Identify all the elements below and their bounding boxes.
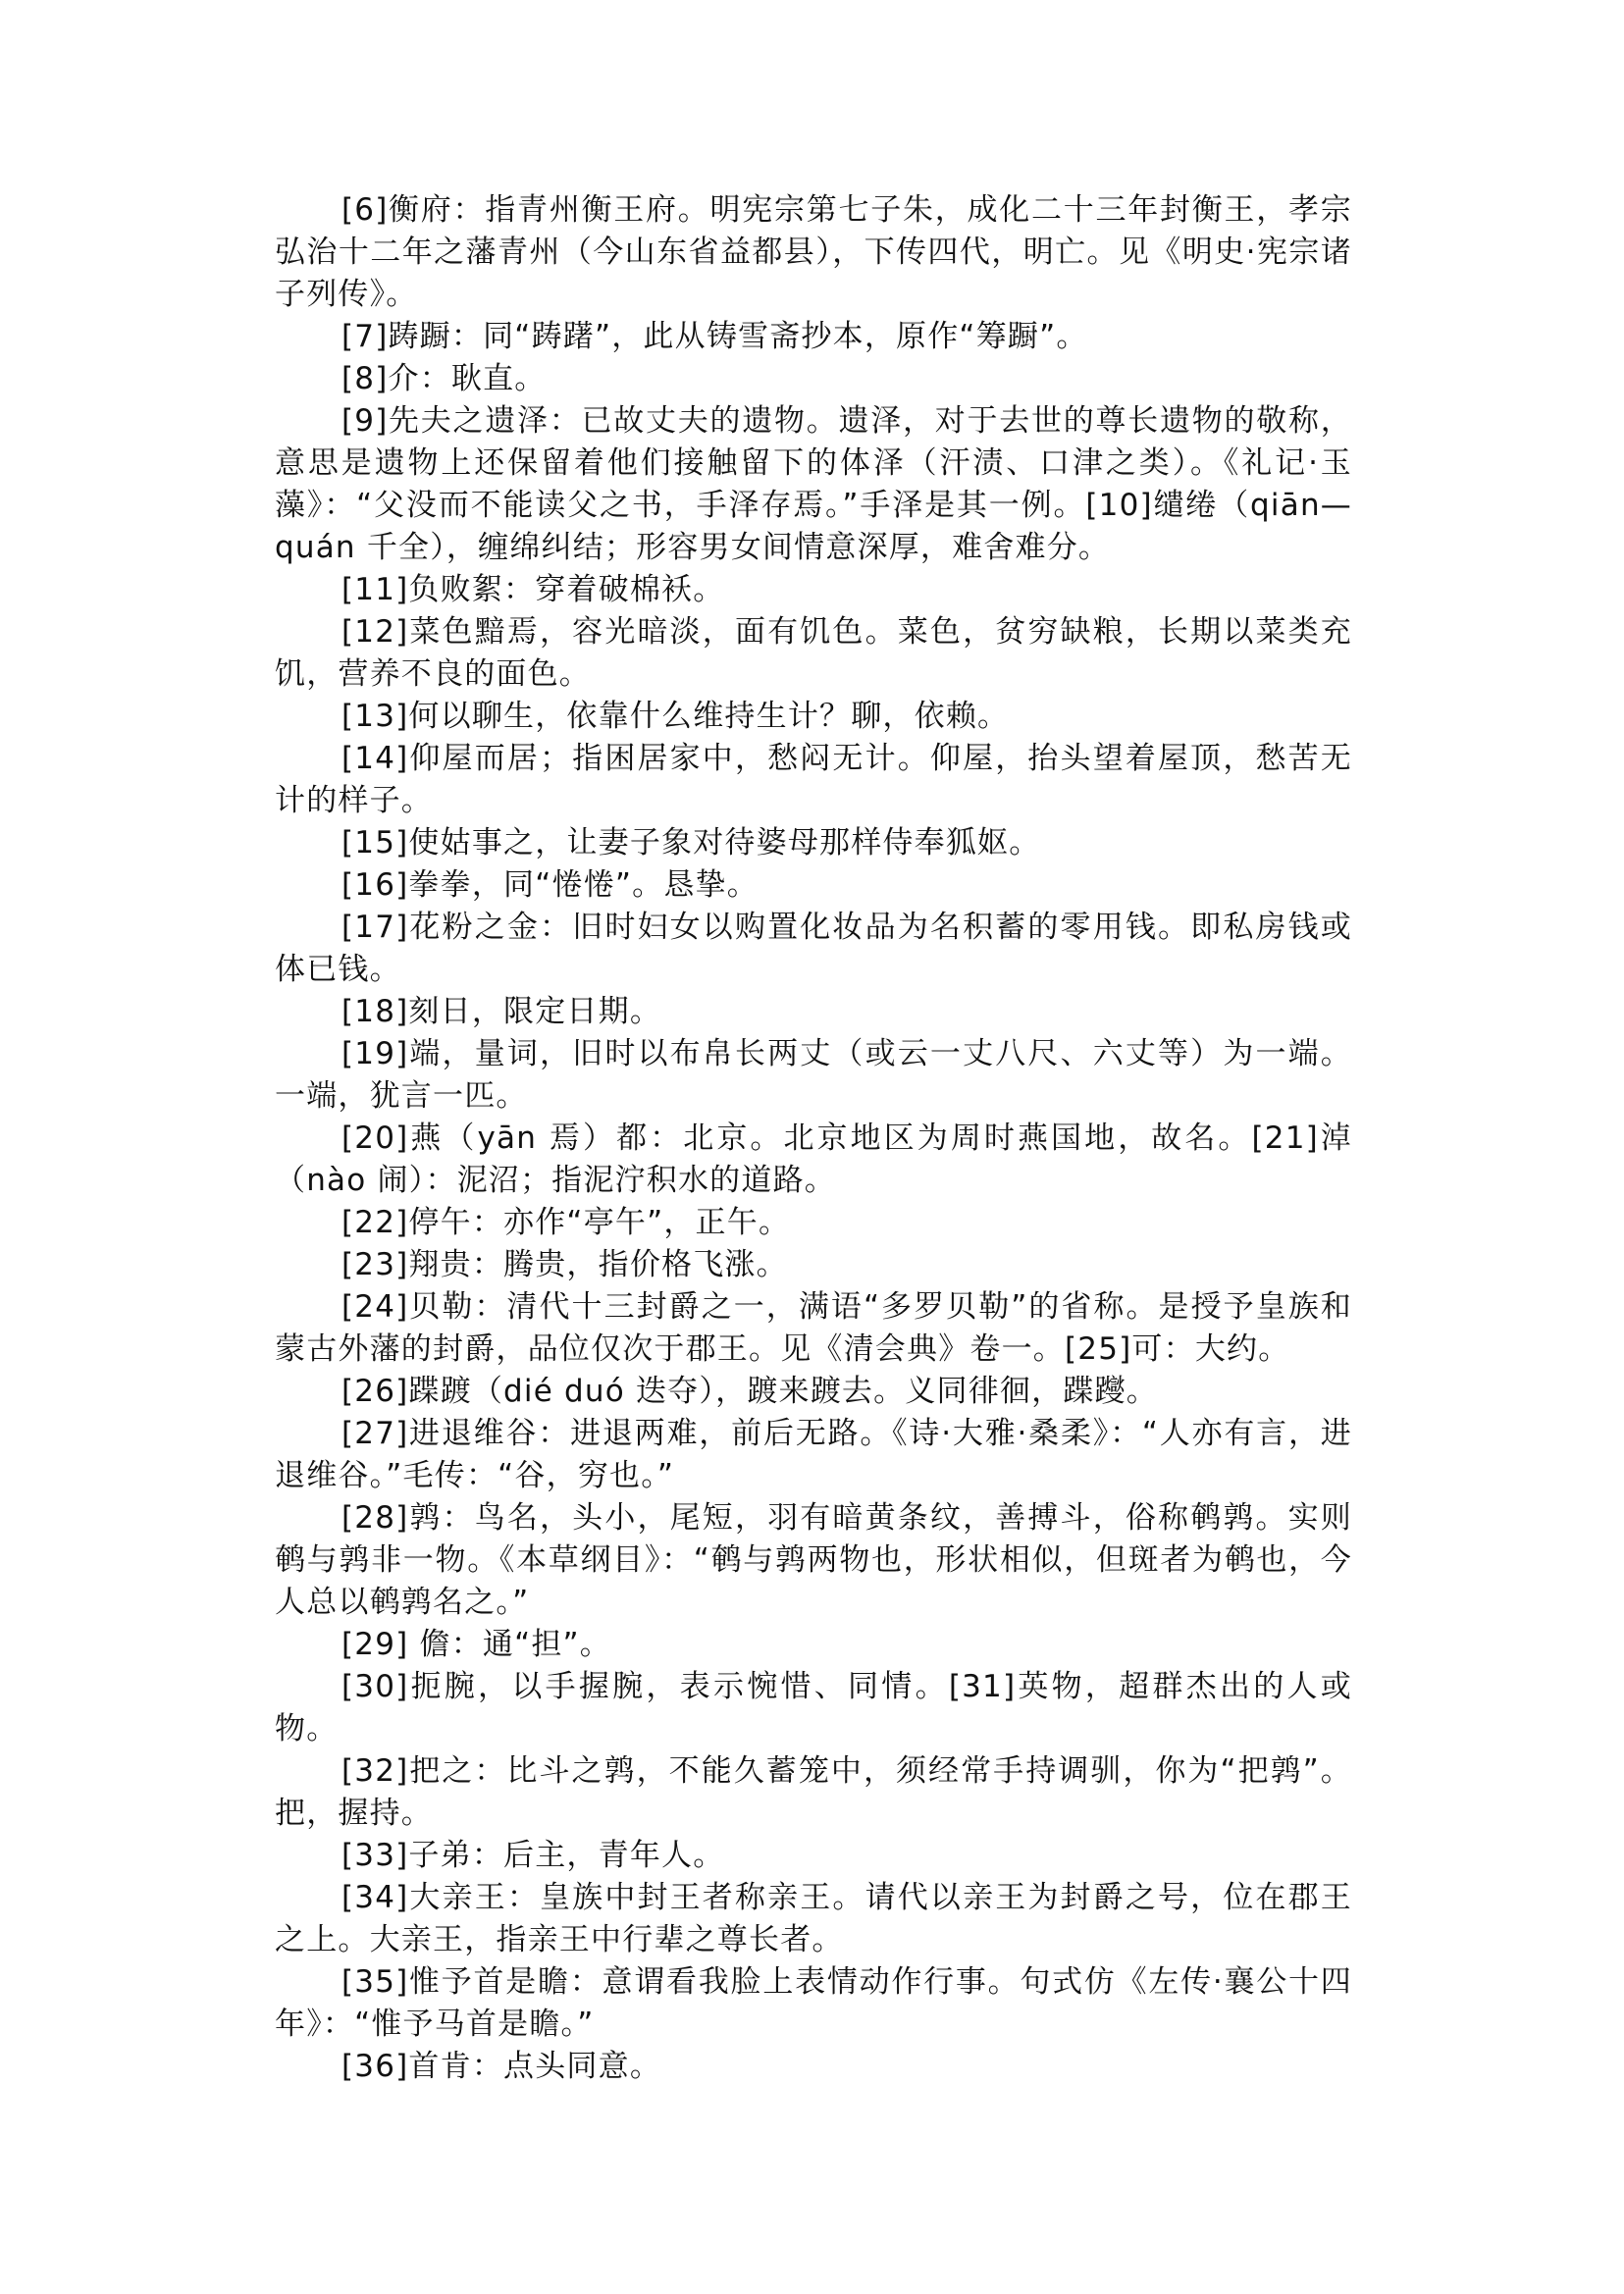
note-32: [32]把之：比斗之鹑，不能久蓄笼中，须经常手持调驯，你为“把鹑”。把，握持。 — [275, 1750, 1352, 1835]
note-27: [27]进退维谷：进退两难，前后无路。《诗·大雅·桑柔》：“人亦有言，进退维谷。… — [275, 1413, 1352, 1497]
note-16: [16]拳拳，同“惓惓”。恳挚。 — [275, 864, 1352, 907]
note-33: [33]子弟：后主，青年人。 — [275, 1835, 1352, 1877]
note-9-10: [9]先夫之遗泽：已故丈夫的遗物。遗泽，对于去世的尊长遗物的敬称，意思是遗物上还… — [275, 400, 1352, 569]
note-7: [7]踌蹰：同“踌躇”，此从铸雪斋抄本，原作“筹蹰”。 — [275, 316, 1352, 358]
note-19: [19]端，量词，旧时以布帛长两丈（或云一丈八尺、六丈等）为一端。一端，犹言一匹… — [275, 1033, 1352, 1118]
note-8: [8]介：耿直。 — [275, 358, 1352, 400]
note-6: [6]衡府：指青州衡王府。明宪宗第七子朱，成化二十三年封衡王，孝宗弘治十二年之藩… — [275, 189, 1352, 316]
note-30-31: [30]扼腕，以手握腕，表示惋惜、同情。[31]英物，超群杰出的人或物。 — [275, 1666, 1352, 1750]
note-23: [23]翔贵：腾贵，指价格飞涨。 — [275, 1244, 1352, 1286]
note-15: [15]使姑事之，让妻子象对待婆母那样侍奉狐妪。 — [275, 822, 1352, 864]
note-22: [22]停午：亦作“亭午”，正午。 — [275, 1202, 1352, 1244]
note-14: [14]仰屋而居；指困居家中，愁闷无计。仰屋，抬头望着屋顶，愁苦无计的样子。 — [275, 738, 1352, 822]
note-20-21: [20]燕（yān 焉）都：北京。北京地区为周时燕国地，故名。[21]淖（nào… — [275, 1118, 1352, 1202]
note-36: [36]首肯：点头同意。 — [275, 2046, 1352, 2088]
annotation-page: [6]衡府：指青州衡王府。明宪宗第七子朱，成化二十三年封衡王，孝宗弘治十二年之藩… — [275, 189, 1352, 2088]
note-18: [18]刻日，限定日期。 — [275, 991, 1352, 1033]
note-12: [12]菜色黯焉，容光暗淡，面有饥色。菜色，贫穷缺粮，长期以菜类充饥，营养不良的… — [275, 611, 1352, 696]
note-29: [29] 儋：通“担”。 — [275, 1624, 1352, 1666]
note-13: [13]何以聊生，依靠什么维持生计？聊，依赖。 — [275, 696, 1352, 738]
note-34: [34]大亲王：皇族中封王者称亲王。请代以亲王为封爵之号，位在郡王之上。大亲王，… — [275, 1877, 1352, 1961]
note-35: [35]惟予首是瞻：意谓看我脸上表情动作行事。句式仿《左传·襄公十四年》：“惟予… — [275, 1961, 1352, 2046]
note-11: [11]负败絮：穿着破棉袄。 — [275, 569, 1352, 611]
note-28: [28]鹑：鸟名，头小，尾短，羽有暗黄条纹，善搏斗，俗称鹌鹑。实则鹌与鹑非一物。… — [275, 1497, 1352, 1624]
note-26: [26]蹀踱（dié duó 迭夺），踱来踱去。义同徘徊，蹀躞。 — [275, 1371, 1352, 1413]
note-24-25: [24]贝勒：清代十三封爵之一，满语“多罗贝勒”的省称。是授予皇族和蒙古外藩的封… — [275, 1286, 1352, 1371]
note-17: [17]花粉之金：旧时妇女以购置化妆品为名积蓄的零用钱。即私房钱或体已钱。 — [275, 907, 1352, 991]
